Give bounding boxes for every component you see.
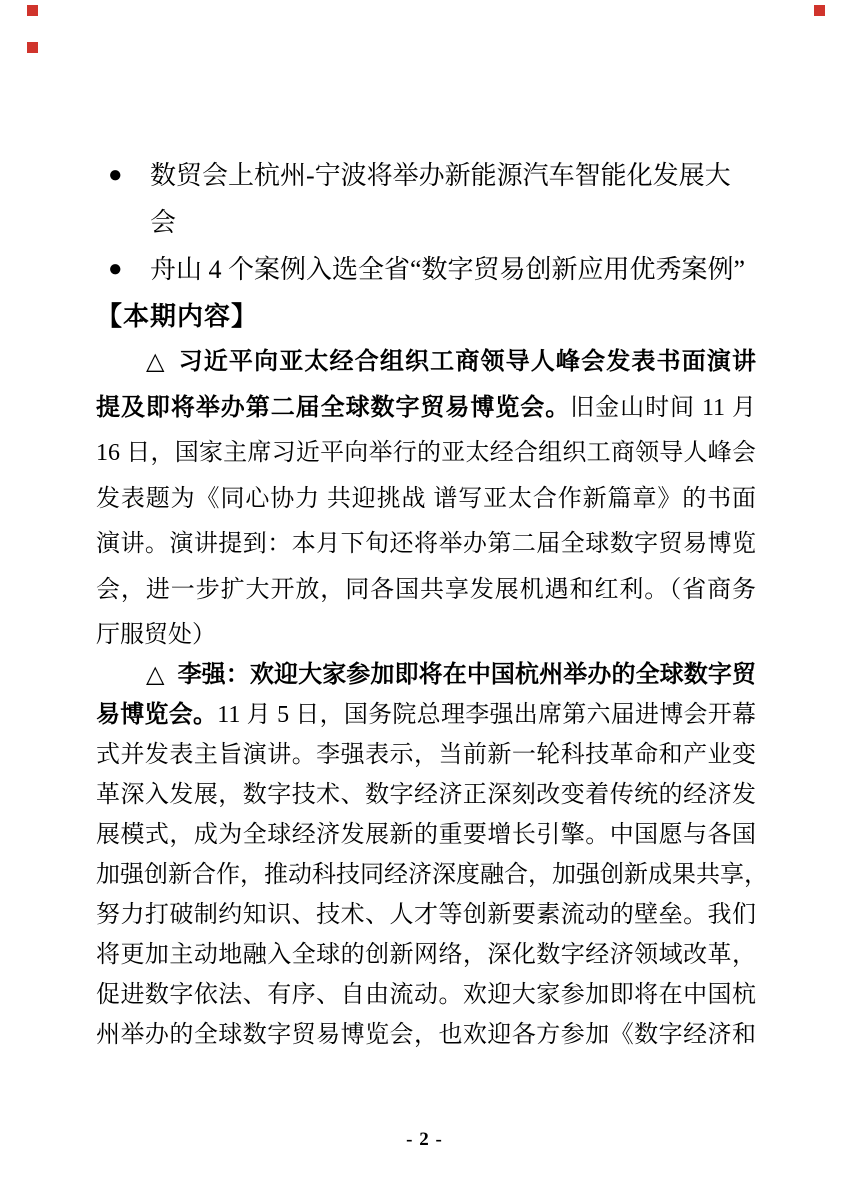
body-text: 努力打破制约知识、技术、人才等创新要素流动的壁垒。我们: [96, 902, 756, 928]
headline-text: 舟山 4 个案例入选全省“数字贸易创新应用优秀案例”: [150, 255, 745, 284]
paragraph-line: 易博览会。11 月 5 日，国务院总理李强出席第六届进博会开幕: [96, 695, 756, 735]
paragraph-line: 式并发表主旨演讲。李强表示，当前新一轮科技革命和产业变: [96, 735, 756, 775]
paragraph-line: 提及即将举办第二届全球数字贸易博览会。旧金山时间 11 月: [96, 386, 756, 432]
bullet-icon: ●: [108, 246, 123, 293]
headline-line: 会: [96, 199, 756, 246]
body-text: 展模式，成为全球经济发展新的重要增长引擎。中国愿与各国: [96, 822, 756, 848]
body-text: 促进数字依法、有序、自由流动。欢迎大家参加即将在中国杭: [96, 982, 756, 1008]
paragraph-line: 努力打破制约知识、技术、人才等创新要素流动的壁垒。我们: [96, 895, 756, 935]
paragraph-line: 演讲。演讲提到：本月下旬还将举办第二届全球数字贸易博览: [96, 522, 756, 568]
body-text: 革深入发展，数字技术、数字经济正深刻改变着传统的经济发: [96, 782, 756, 808]
paragraph-line: 16 日，国家主席习近平向举行的亚太经合组织工商领导人峰会: [96, 431, 756, 477]
triangle-marker-icon: △: [146, 349, 166, 375]
red-corner-mark: [27, 5, 38, 16]
section-header: 【本期内容】: [96, 293, 756, 340]
paragraph-line: 发表题为《同心协力 共迎挑战 谱写亚太合作新篇章》的书面: [96, 477, 756, 523]
body-text: 州举办的全球数字贸易博览会，也欢迎各方参加《数字经济和: [96, 1022, 756, 1048]
paragraph-line: 展模式，成为全球经济发展新的重要增长引擎。中国愿与各国: [96, 815, 756, 855]
document-page: ●数贸会上杭州-宁波将举办新能源汽车智能化发展大会●舟山 4 个案例入选全省“数…: [0, 0, 849, 1200]
body-text: 会，进一步扩大开放，同各国共享发展机遇和红利。（省商务: [96, 577, 756, 603]
body-paragraphs: △习近平向亚太经合组织工商领导人峰会发表书面演讲提及即将举办第二届全球数字贸易博…: [96, 340, 756, 1055]
bold-lead-text: 提及即将举办第二届全球数字贸易博览会。: [96, 395, 570, 421]
paragraph-line: 革深入发展，数字技术、数字经济正深刻改变着传统的经济发: [96, 775, 756, 815]
bullet-icon: ●: [108, 152, 123, 199]
headline-text: 数贸会上杭州-宁波将举办新能源汽车智能化发展大: [150, 161, 731, 190]
paragraph-line: 促进数字依法、有序、自由流动。欢迎大家参加即将在中国杭: [96, 975, 756, 1015]
headline-line: ●数贸会上杭州-宁波将举办新能源汽车智能化发展大: [96, 152, 756, 199]
page-number: - 2 -: [0, 1128, 849, 1152]
body-text: 16 日，国家主席习近平向举行的亚太经合组织工商领导人峰会: [96, 440, 756, 466]
red-corner-mark: [27, 42, 38, 53]
paragraph: △李强：欢迎大家参加即将在中国杭州举办的全球数字贸易博览会。11 月 5 日，国…: [96, 655, 756, 1055]
paragraph-line: 将更加主动地融入全球的创新网络，深化数字经济领域改革，: [96, 935, 756, 975]
bold-lead-text: 习近平向亚太经合组织工商领导人峰会发表书面演讲: [179, 349, 756, 375]
body-text: 加强创新合作，推动科技同经济深度融合，加强创新成果共享，: [96, 862, 768, 888]
body-text: 11 月 5 日，国务院总理李强出席第六届进博会开幕: [217, 702, 756, 728]
paragraph: △习近平向亚太经合组织工商领导人峰会发表书面演讲提及即将举办第二届全球数字贸易博…: [96, 340, 756, 659]
body-text: 厅服贸处）: [96, 622, 216, 648]
headline-list: ●数贸会上杭州-宁波将举办新能源汽车智能化发展大会●舟山 4 个案例入选全省“数…: [96, 152, 756, 293]
body-text: 将更加主动地融入全球的创新网络，深化数字经济领域改革，: [96, 942, 756, 968]
paragraph-line: △习近平向亚太经合组织工商领导人峰会发表书面演讲: [96, 340, 756, 386]
triangle-marker-icon: △: [146, 662, 165, 688]
body-text: 旧金山时间 11 月: [570, 395, 756, 421]
paragraph-line: △李强：欢迎大家参加即将在中国杭州举办的全球数字贸: [96, 655, 756, 695]
body-text: 式并发表主旨演讲。李强表示，当前新一轮科技革命和产业变: [96, 742, 756, 768]
text-column: ●数贸会上杭州-宁波将举办新能源汽车智能化发展大会●舟山 4 个案例入选全省“数…: [96, 152, 756, 1055]
bold-lead-text: 易博览会。: [96, 702, 217, 728]
red-corner-mark: [814, 5, 825, 16]
paragraph-line: 会，进一步扩大开放，同各国共享发展机遇和红利。（省商务: [96, 568, 756, 614]
bold-lead-text: 李强：欢迎大家参加即将在中国杭州举办的全球数字贸: [178, 662, 756, 688]
headline-text: 会: [150, 208, 176, 237]
paragraph-line: 厅服贸处）: [96, 613, 756, 659]
body-text: 演讲。演讲提到：本月下旬还将举办第二届全球数字贸易博览: [96, 531, 756, 557]
headline-line: ●舟山 4 个案例入选全省“数字贸易创新应用优秀案例”: [96, 246, 756, 293]
paragraph-line: 州举办的全球数字贸易博览会，也欢迎各方参加《数字经济和: [96, 1015, 756, 1055]
paragraph-line: 加强创新合作，推动科技同经济深度融合，加强创新成果共享，: [96, 855, 756, 895]
body-text: 发表题为《同心协力 共迎挑战 谱写亚太合作新篇章》的书面: [96, 486, 756, 512]
